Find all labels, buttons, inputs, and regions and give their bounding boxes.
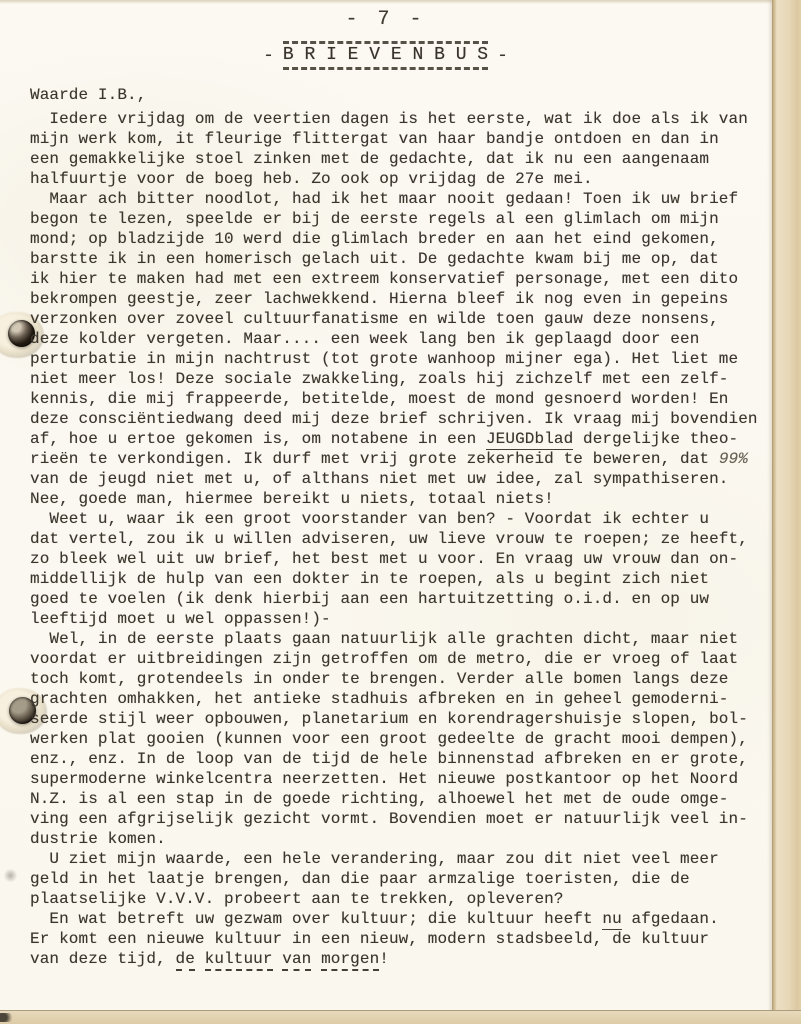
scanned-letter-page: - 7 - - B R I E V E N B U S - Waarde I.B… [0,0,801,1024]
page-title: B R I E V E N B U S [283,45,488,65]
letter-line: toch komt, grotendeels in onder te breng… [30,669,769,689]
salutation: Waarde I.B., [30,86,769,109]
letter-line: halfuurtje voor de boeg heb. Zo ook op v… [30,169,769,189]
letter-line: leeftijd moet u wel oppassen!)- [30,609,769,629]
letter-line: supermoderne winkelcentra neerzetten. He… [30,769,769,789]
title-rule-bottom [283,67,488,70]
letter-title-block: - B R I E V E N B U S - [0,41,771,70]
letter-line: geld in het laatje brengen, dan die paar… [30,869,769,889]
letter-line: mond; op bladzijde 10 werd die glimlach … [30,229,769,249]
letter-line: En wat betreft uw gezwam over kultuur; d… [30,909,769,929]
letter-line: van deze tijd, de kultuur van morgen! [30,949,769,969]
letter-line: Maar ach bitter noodlot, had ik het maar… [30,189,769,209]
letter-line: rieën te verkondigen. Ik durf met vrij g… [30,449,769,469]
letter-line: een gemakkelijke stoel zinken met de ged… [30,149,769,169]
letter-lines: Iedere vrijdag om de veertien dagen is h… [30,109,769,969]
letter-line: ving een afgrijselijk gezicht vormt. Bov… [30,809,769,829]
underlined-text: morgen [321,950,379,971]
corner-shadow [0,1013,14,1022]
underlined-text: de [176,950,195,971]
letter-line: niet meer los! Deze sociale zwakkeling, … [30,369,769,389]
handwritten-text: 99% [719,450,748,468]
underlined-text: kultuur [205,950,273,971]
letter-line: deze kolder vergeten. Maar.... een week … [30,329,769,349]
letter-line: plaatselijke V.V.V. probeert aan te trek… [30,889,769,909]
letter-line: seerde stijl weer opbouwen, planetarium … [30,709,769,729]
underlined-text: nu [602,910,621,930]
letter-line: bekrompen geestje, zeer lachwekkend. Hie… [30,289,769,309]
letter-line: kennis, die mij frappeerde, betitelde, m… [30,389,769,409]
page-edge-bottom [0,1010,801,1024]
letter-line: Iedere vrijdag om de veertien dagen is h… [30,109,769,129]
letter-line: deze consciëntiedwang deed mij deze brie… [30,409,769,429]
letter-line: ik hier te maken had met een extreem kon… [30,269,769,289]
letter-line: voordat er uitbreidingen zijn getroffen … [30,649,769,669]
title-center: B R I E V E N B U S [283,41,488,70]
letter-line: goed te voelen (ik denk hierbij aan een … [30,589,769,609]
underlined-text: van [282,950,311,971]
page-number: - 7 - [0,8,771,31]
letter-line: barstte ik in een homerisch gelach uit. … [30,249,769,269]
letter-line: werken plat gooien (kunnen voor een groo… [30,729,769,749]
title-left-dash: - [263,46,274,66]
letter-line: af, hoe u ertoe gekomen is, om notabene … [30,429,769,449]
letter-line: grachten omhakken, het antieke stadhuis … [30,689,769,709]
title-rule-top [283,41,488,44]
underlined-text: JEUGDblad [486,430,573,450]
page-edge-right [772,0,801,1024]
title-right-dash: - [497,46,508,66]
letter-body: Waarde I.B., Iedere vrijdag om de veerti… [30,86,769,969]
letter-line: dustrie komen. [30,829,769,849]
letter-line: verzonken over zoveel cultuurfanatisme e… [30,309,769,329]
letter-line: begon te lezen, speelde er bij de eerste… [30,209,769,229]
scan-top-edge [0,0,801,4]
letter-line: Nee, goede man, hiermee bereikt u niets,… [30,489,769,509]
scan-smudge [3,869,18,882]
letter-line: U ziet mijn waarde, een hele verandering… [30,849,769,869]
letter-line: middellijk de hulp van een dokter in te … [30,569,769,589]
letter-line: enz., enz. In de loop van de tijd de hel… [30,749,769,769]
letter-line: perturbatie in mijn nachtrust (tot grote… [30,349,769,369]
letter-line: zo bleek wel uit uw brief, het best met … [30,549,769,569]
letter-line: dat vertel, zou ik u willen adviseren, u… [30,529,769,549]
letter-line: van de jeugd niet met u, of althans niet… [30,469,769,489]
letter-line: Er komt een nieuwe kultuur in een nieuw,… [30,929,769,949]
letter-line: Wel, in de eerste plaats gaan natuurlijk… [30,629,769,649]
letter-line: N.Z. is al een stap in de goede richting… [30,789,769,809]
letter-line: Weet u, waar ik een groot voorstander va… [30,509,769,529]
letter-line: mijn werk kom, it fleurige flittergat va… [30,129,769,149]
